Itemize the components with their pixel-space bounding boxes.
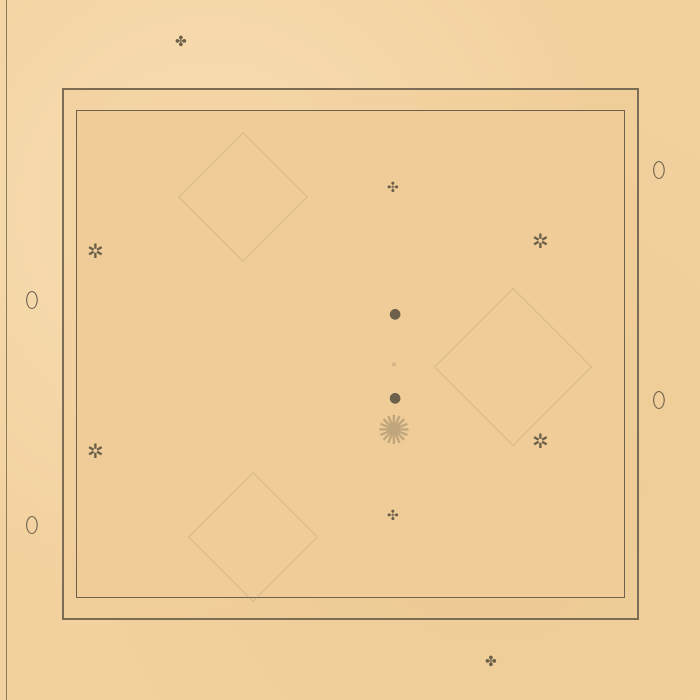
- lattice-motif: [178, 132, 308, 262]
- leaf-motif: ✤: [485, 655, 497, 669]
- oval-motif: ⬯: [652, 160, 666, 182]
- medallion-motif: ✺: [377, 411, 411, 451]
- star-motif: ✲: [87, 441, 104, 461]
- oval-motif: ⬯: [25, 515, 39, 537]
- dot-motif: ◦: [391, 361, 397, 371]
- rug-image: ✣ ● ◦ ● ✣ ✲ ✲ ✲ ✲ ✺ ⬯ ⬯ ⬯ ⬯ ✤ ✤: [0, 0, 700, 700]
- flower-motif: ✣: [387, 509, 399, 523]
- rug-inner-border: ✣ ● ◦ ● ✣ ✲ ✲ ✲ ✲ ✺: [62, 88, 639, 620]
- star-motif: ✲: [87, 241, 104, 261]
- oval-motif: ⬯: [25, 290, 39, 312]
- dot-motif: ●: [389, 307, 401, 321]
- rug-field: ✣ ● ◦ ● ✣ ✲ ✲ ✲ ✲ ✺: [76, 110, 625, 598]
- leaf-motif: ✤: [175, 35, 187, 49]
- star-motif: ✲: [532, 231, 549, 251]
- flower-motif: ✣: [387, 181, 399, 195]
- lattice-motif: [434, 288, 592, 446]
- oval-motif: ⬯: [652, 390, 666, 412]
- dot-motif: ●: [389, 391, 401, 405]
- star-motif: ✲: [532, 431, 549, 451]
- lattice-motif: [188, 472, 318, 602]
